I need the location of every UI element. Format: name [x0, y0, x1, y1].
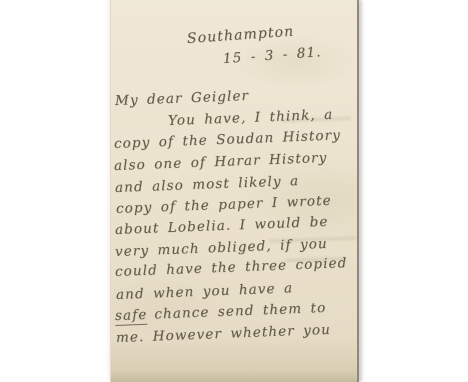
body-line: You have, I think, a: [168, 107, 334, 129]
body-line: copy of the paper I wrote: [116, 193, 332, 217]
body-line: could have the three copied: [115, 255, 348, 280]
letter-date: 15 - 3 - 81.: [222, 44, 322, 67]
letter-photo: Southampton 15 - 3 - 81. My dear Geigler…: [0, 0, 468, 382]
letter-paper: Southampton 15 - 3 - 81. My dear Geigler…: [110, 0, 359, 382]
body-line: and when you have a: [116, 280, 294, 303]
body-line-with-underline: safechance send them to: [115, 300, 327, 324]
body-line: copy of the Soudan History: [114, 127, 342, 152]
body-line: me. However whether you: [116, 322, 331, 346]
underlined-word: safe: [115, 307, 148, 326]
body-line-rest: chance send them to: [154, 300, 327, 323]
body-line: and also most likely a: [115, 173, 300, 196]
body-line: about Lobelia. I would be: [115, 214, 329, 238]
letter-location: Southampton: [186, 24, 294, 47]
body-line: also one of Harar History: [114, 150, 328, 174]
salutation-line: My dear Geigler: [115, 88, 250, 109]
